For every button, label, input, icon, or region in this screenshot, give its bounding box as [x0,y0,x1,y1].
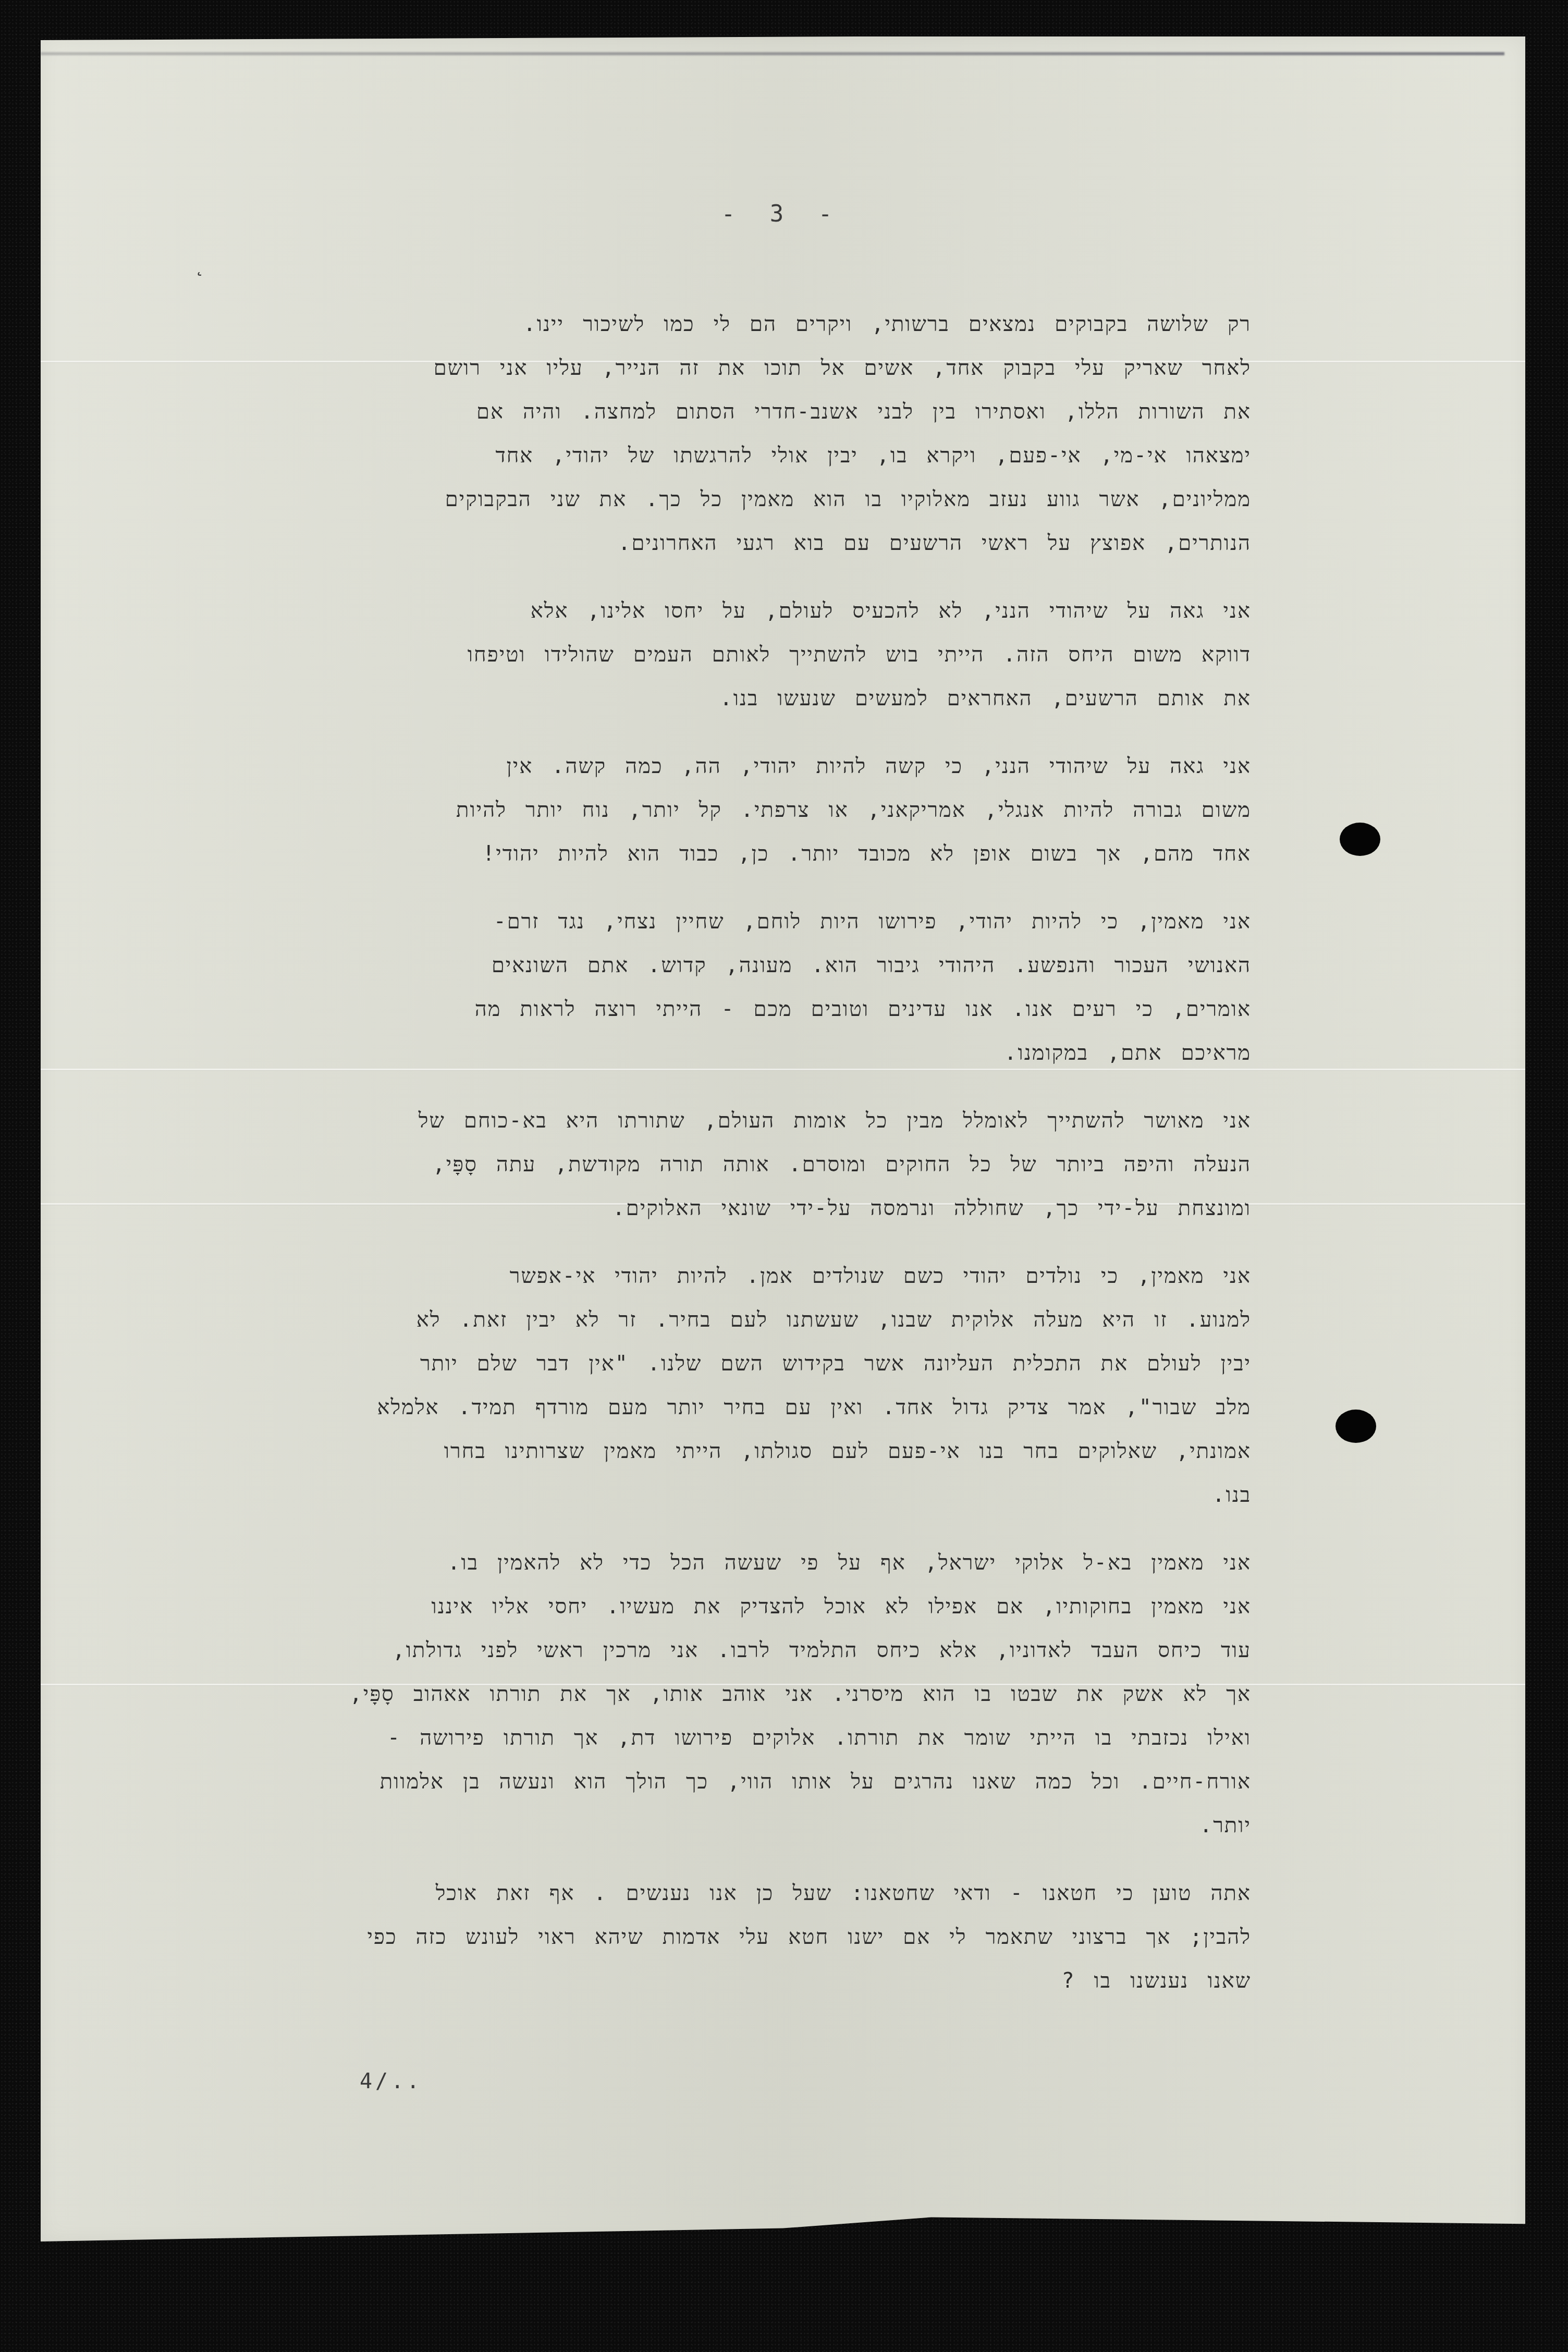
text-line: אורח-חיים. וכל כמה שאנו נהרגים על אותו ה… [302,1760,1282,1804]
text-line: הנותרים, אפוצץ על ראשי הרשעים עם בוא רגע… [302,521,1282,565]
text-line: לאחר שאריק עלי בקבוק אחד, אשים אל תוכו א… [302,346,1282,390]
continuation-marker: 4/.. [360,2069,422,2093]
text-line: ממליונים, אשר גווע נעזב מאלוקיו בו הוא מ… [302,477,1282,521]
text-line: מלב שבור", אמר צדיק גדול אחד. ואין עם בח… [302,1386,1282,1429]
text-line: דווקא משום היחס הזה. הייתי בוש להשתייך ל… [302,633,1282,677]
text-line: אתה טוען כי חטאנו - ודאי שחטאנו: שעל כן … [302,1871,1282,1915]
text-line: האנושי העכור והנפשע. היהודי גיבור הוא. מ… [302,944,1282,987]
text-line: משום גבורה להיות אנגלי, אמריקאני, או צרפ… [302,788,1282,832]
paragraph: אני מאושר להשתייך לאומלל מבין כל אומות ה… [302,1099,1282,1230]
text-line: להבין; אך ברצוני שתאמר לי אם ישנו חטא על… [302,1915,1282,1959]
text-line: יבין לעולם את התכלית העליונה אשר בקידוש … [302,1342,1282,1386]
text-line: אני מאושר להשתייך לאומלל מבין כל אומות ה… [302,1099,1282,1143]
paragraph: אני גאה על שיהודי הנני, כי קשה להיות יהו… [302,744,1282,876]
text-line: יותר. [302,1804,1282,1847]
text-line: בנו. [302,1473,1282,1517]
document-body: רק שלושה בקבוקים נמצאים ברשותי, ויקרים ה… [302,302,1282,2027]
paragraph: אני מאמין, כי נולדים יהודי כשם שנולדים א… [302,1254,1282,1517]
text-line: מראיכם אתם, במקומנו. [302,1031,1282,1075]
paragraph: אני גאה על שיהודי הנני, לא להכעיס לעולם,… [302,589,1282,720]
text-line: למנוע. זו היא מעלה אלוקית שבנו, שעשתנו ל… [302,1298,1282,1342]
text-line: אני מאמין בחוקותיו, אם אפילו לא אוכל להצ… [302,1585,1282,1628]
punch-hole-icon [1340,823,1380,856]
text-line: את אותם הרשעים, האחראים למעשים שנעשו בנו… [302,677,1282,720]
text-line: אחד מהם, אך בשום אופן לא מכובד יותר. כן,… [302,832,1282,876]
page-number: - 3 - [719,201,844,227]
margin-ink-mark: ˛ [194,255,205,277]
text-line: ימצאהו אי-מי, אי-פעם, ויקרא בו, יבין אול… [302,434,1282,477]
paragraph: רק שלושה בקבוקים נמצאים ברשותי, ויקרים ה… [302,302,1282,565]
paragraph: אני מאמין בא-ל אלוקי ישראל, אף על פי שעש… [302,1541,1282,1847]
text-line: עוד כיחס העבד לאדוניו, אלא כיחס התלמיד ל… [302,1628,1282,1672]
text-line: ומונצחת על-ידי כך, שחוללה ונרמסה על-ידי … [302,1186,1282,1230]
text-line: אמונתי, שאלוקים בחר בנו אי-פעם לעם סגולת… [302,1429,1282,1473]
sheet-top-edge-shadow [41,52,1504,55]
text-line: ואילו נכזבתי בו הייתי שומר את תורתו. אלו… [302,1716,1282,1760]
punch-hole-icon [1336,1410,1376,1443]
text-line: רק שלושה בקבוקים נמצאים ברשותי, ויקרים ה… [302,302,1282,346]
text-line: הנעלה והיפה ביותר של כל החוקים ומוסרם. א… [302,1143,1282,1186]
text-line: אני מאמין, כי להיות יהודי, פירושו היות ל… [302,900,1282,944]
text-line: אני מאמין בא-ל אלוקי ישראל, אף על פי שעש… [302,1541,1282,1585]
text-line: אך לא אשק את שבטו בו הוא מיסרני. אני אוה… [302,1672,1282,1716]
text-line: את השורות הללו, ואסתירו בין לבני אשנב-חד… [302,390,1282,434]
text-line: אני גאה על שיהודי הנני, לא להכעיס לעולם,… [302,589,1282,633]
text-line: אני גאה על שיהודי הנני, כי קשה להיות יהו… [302,744,1282,788]
text-line: אומרים, כי רעים אנו. אנו עדינים וטובים מ… [302,987,1282,1031]
text-line: אני מאמין, כי נולדים יהודי כשם שנולדים א… [302,1254,1282,1298]
text-line: שאנו נענשנו בו ? [302,1959,1282,2003]
paragraph: אני מאמין, כי להיות יהודי, פירושו היות ל… [302,900,1282,1075]
paragraph: אתה טוען כי חטאנו - ודאי שחטאנו: שעל כן … [302,1871,1282,2003]
